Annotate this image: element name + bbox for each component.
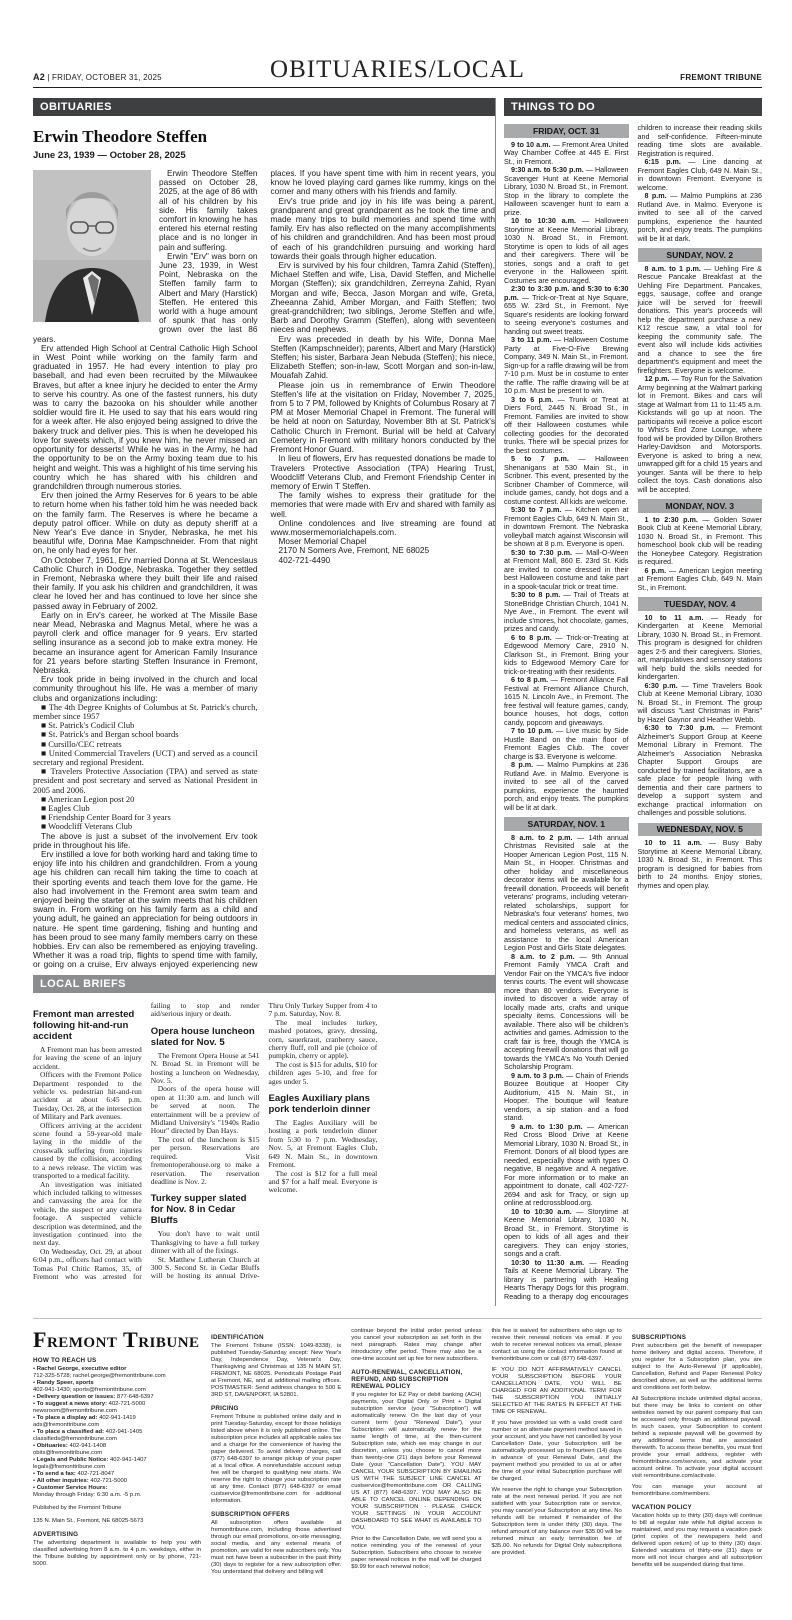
- things-to-do-day: WEDNESDAY, NOV. 5 10 to 11 a.m. — Busy B…: [638, 823, 763, 891]
- brief-title: Eagles Auxiliary plans pork tenderloin d…: [269, 1093, 378, 1115]
- masthead-section: IDENTIFICATION The Fremont Tribune (ISSN…: [211, 1334, 341, 1399]
- masthead-section: SUBSCRIPTIONS Print subscribers get the …: [632, 1334, 762, 1498]
- brief-paragraph: Officers arriving at the accident scene …: [33, 1122, 142, 1181]
- event-text: Malmo Pumpkins at 236 Rutland Ave. in Ma…: [638, 191, 763, 243]
- masthead-paragraph: All subscription offers available at fre…: [211, 1520, 341, 1576]
- day-header: WEDNESDAY, NOV. 5: [638, 823, 763, 837]
- obituary-paragraph: Online condolences and live streaming ar…: [271, 519, 496, 537]
- contact-line: • Legals and Public Notice: 402-941-1407: [33, 1457, 201, 1464]
- obituary-photo: [33, 170, 151, 322]
- event-item: 6:30 p.m. — Time Travelers Book Club at …: [638, 682, 763, 725]
- published-line: 135 N. Main St., Fremont, NE 68025-5673: [33, 1518, 201, 1525]
- contact-entry: • To send a fax: 402-721-8047: [33, 1471, 201, 1478]
- obituary-paragraph: Erv took pride in being involved in the …: [33, 675, 258, 703]
- contact-entry: • To suggest a news story: 402-721-5000 …: [33, 1401, 201, 1415]
- masthead-paragraph: Fremont Tribune is published online dail…: [211, 1414, 341, 1505]
- event-item: 10 to 11 a.m. — Busy Baby Storytime at K…: [638, 839, 763, 890]
- contact-value: 402-721-5000: [89, 1478, 127, 1484]
- things-to-do-body: FRIDAY, OCT. 31 9 to 10 a.m. — Fremont A…: [504, 124, 762, 1306]
- contact-entry: • Legals and Public Notice: 402-941-1407…: [33, 1457, 201, 1471]
- masthead-section: continue beyond the initial order period…: [351, 1328, 481, 1363]
- contact-label: Randy Speer, sports: [37, 1380, 94, 1386]
- contact-line: • Randy Speer, sports: [33, 1380, 201, 1387]
- contact-detail: classifieds@fremonttribune.com: [33, 1436, 201, 1443]
- masthead-section: VACATION POLICY Vacation holds up to thi…: [632, 1504, 762, 1569]
- left-column: OBITUARIES Erwin Theodore Steffen June 2…: [33, 98, 495, 1306]
- event-item: 6 to 8 p.m. — Trick-or-Treating at Edgew…: [504, 634, 629, 677]
- masthead-paragraph: The advertising department is available …: [33, 1540, 201, 1568]
- newspaper-page: A2 | FRIDAY, OCTOBER 31, 2025 OBITUARIES…: [0, 0, 792, 1620]
- brief-paragraph: A Fremont man has been arrested for leav…: [33, 1046, 142, 1071]
- brief-paragraph: Doors of the opera house will open at 11…: [151, 1085, 260, 1135]
- event-item: 10 to 10:30 a.m. — Storytime at Keene Me…: [504, 1208, 629, 1259]
- obituary-headline: Erwin Theodore Steffen: [33, 127, 495, 147]
- masthead-paragraph: We reserve the right to change your Subs…: [492, 1487, 622, 1557]
- masthead-heading: SUBSCRIPTION OFFERS: [211, 1511, 341, 1518]
- event-text: Trunk or Treat at Diers Ford, 2445 N. Br…: [504, 395, 629, 455]
- brief-article: Eagles Auxiliary plans pork tenderloin d…: [269, 1093, 378, 1195]
- masthead-paragraph: IF YOU DO NOT AFFIRMATIVELY CANCEL YOUR …: [492, 1367, 622, 1416]
- event-text: Ready for Kindergarten at Keene Memorial…: [638, 613, 763, 682]
- obituary-bullet: ■ The 4th Degree Knights of Columbus at …: [33, 703, 258, 721]
- obituary-paragraph: Erv is survived by his four children, Ta…: [271, 261, 496, 335]
- funeral-home-contact-line: 402-721-4490: [271, 556, 496, 565]
- masthead-section: SUBSCRIPTION OFFERS All subscription off…: [211, 1511, 341, 1576]
- event-item: 9 a.m. to 1:30 p.m. — American Red Cross…: [504, 1123, 629, 1208]
- contact-detail: 402-941-1430; sports@fremonttribune.com: [33, 1387, 201, 1394]
- masthead-column-2: IDENTIFICATION The Fremont Tribune (ISSN…: [211, 1328, 341, 1580]
- event-text: Chain of Friends Bouzee Boutique at Hoop…: [504, 1071, 629, 1123]
- contact-value: 402-941-1419: [97, 1415, 135, 1421]
- contact-line: • Obituaries: 402-941-1408: [33, 1443, 201, 1450]
- event-text: Halloween Shenanigans at 530 Main St., i…: [504, 454, 629, 506]
- event-text: Busy Baby Storytime at Keene Memorial Li…: [638, 838, 763, 890]
- page-number: A2: [33, 72, 45, 82]
- event-text: 14th annual Christmas Revisited sale at …: [504, 833, 629, 953]
- obituary-bullet-text: Woodcliff Veterans Club: [48, 821, 132, 831]
- event-item: 3 to 11 p.m. — Halloween Costume Party a…: [504, 336, 629, 396]
- event-item: 6 p.m. — American Legion meeting at Frem…: [638, 567, 763, 593]
- contact-detail: newsroom@fremonttribune.com: [33, 1408, 201, 1415]
- contact-label: To send a fax:: [37, 1471, 76, 1477]
- obituary-bullet: ■ United Commercial Travelers (UCT) and …: [33, 749, 258, 767]
- event-text: Storytime at Keene Memorial Library, 103…: [504, 1207, 629, 1259]
- brief-paragraph: The cost is $15 for adults, $10 for chil…: [269, 1061, 378, 1086]
- brief-paragraph: Officers with the Fremont Police Departm…: [33, 1071, 142, 1121]
- event-text: Halloween Storytime at Keene Memorial Li…: [504, 216, 629, 285]
- day-header: SATURDAY, NOV. 1: [504, 817, 629, 831]
- event-item: 2:30 to 3:30 p.m. and 5:30 to 6:30 p.m. …: [504, 285, 629, 336]
- things-to-do-section-bar: THINGS TO DO: [504, 98, 762, 116]
- masthead-logo: Fremont Tribune: [33, 1328, 201, 1351]
- masthead-paragraph: If you register for EZ Pay or debit bank…: [351, 1392, 481, 1532]
- brief-title: Turkey supper slated for Nov. 8 in Cedar…: [151, 1193, 260, 1226]
- event-text: Fremont Alzheimer's Support Group at Kee…: [638, 723, 763, 817]
- event-text: Halloween Costume Party at Five-O-Five B…: [504, 335, 629, 395]
- event-item: 8 p.m. — Malmo Pumpkins at 236 Rutland A…: [504, 761, 629, 812]
- page-header: A2 | FRIDAY, OCTOBER 31, 2025 OBITUARIES…: [33, 58, 762, 84]
- day-header: TUESDAY, NOV. 4: [638, 597, 763, 611]
- obituary-paragraph: Early on in Erv's career, he worked at T…: [33, 611, 258, 675]
- things-to-do-rail: THINGS TO DO FRIDAY, OCT. 31 9 to 10 a.m…: [495, 98, 762, 1306]
- obituary-dates: June 23, 1939 — October 28, 2025: [33, 150, 495, 161]
- event-text: Uehling Fire & Rescue Pancake Breakfast …: [638, 264, 763, 375]
- obituary-paragraph: In lieu of flowers, Erv has requested do…: [271, 454, 496, 491]
- masthead-paragraph: Vacation holds up to thirty (30) days wi…: [632, 1513, 762, 1569]
- masthead-paragraph: If you have provided us with a valid cre…: [492, 1420, 622, 1483]
- masthead-column-5: SUBSCRIPTIONS Print subscribers get the …: [632, 1328, 762, 1580]
- masthead-section: AUTO-RENEWAL, CANCELLATION, REFUND, AND …: [351, 1369, 481, 1571]
- event-item: 9 to 10 a.m. — Fremont Area United Way C…: [504, 141, 629, 167]
- masthead-section: PRICING Fremont Tribune is published onl…: [211, 1405, 341, 1505]
- event-text: Golden Sower Book Club at Keene Memorial…: [638, 515, 763, 567]
- contact-detail: obits@fremonttribune.com: [33, 1450, 201, 1457]
- event-item: 12 p.m. — Toy Run for the Salvation Army…: [638, 375, 763, 494]
- contact-value: 877-648-6397: [115, 1394, 153, 1400]
- event-item: 10 to 11 a.m. — Ready for Kindergarten a…: [638, 614, 763, 682]
- contact-entry: • To place a classified ad: 402-941-1405…: [33, 1429, 201, 1443]
- event-item: 8 p.m. — Malmo Pumpkins at 236 Rutland A…: [638, 192, 763, 243]
- obituary-body: Erwin Theodore Steffen passed on October…: [33, 169, 495, 975]
- brief-paragraph: The cost of the luncheon is $15 per pers…: [151, 1136, 260, 1186]
- obituary-paragraph: Erv was preceded in death by his Wife, D…: [271, 335, 496, 381]
- contact-detail: Monday through Friday: 6:30 a.m. -5 p.m.: [33, 1492, 201, 1499]
- event-item: 10 to 10:30 a.m. — Halloween Storytime a…: [504, 217, 629, 285]
- obituary-paragraph: Erv's true pride and joy in his life was…: [271, 197, 496, 261]
- brief-title: Opera house luncheon slated for Nov. 5: [151, 1026, 260, 1048]
- header-rule: [33, 87, 762, 88]
- masthead: Fremont Tribune HOW TO REACH US • Rachel…: [33, 1318, 762, 1580]
- event-text: Halloween Scavenger Hunt at Keene Memori…: [504, 165, 629, 217]
- event-item: 9 a.m. to 3 p.m. — Chain of Friends Bouz…: [504, 1072, 629, 1123]
- masthead-column-contact: Fremont Tribune HOW TO REACH US • Rachel…: [33, 1328, 201, 1580]
- contact-line: • All other inquiries: 402-721-5000: [33, 1478, 201, 1485]
- contact-label: Legals and Public Notice:: [37, 1457, 109, 1463]
- masthead-column-4: this fee is waived for subscribers who s…: [492, 1328, 622, 1580]
- publication-name: FREMONT TRIBUNE: [680, 73, 762, 82]
- masthead-paragraph: You can manage your account at fremonttr…: [632, 1484, 762, 1498]
- event-item: 5:30 to 7 p.m. — Kitchen open at Fremont…: [504, 506, 629, 549]
- day-header: FRIDAY, OCT. 31: [504, 124, 629, 138]
- contact-line: • Rachel George, executive editor: [33, 1366, 201, 1373]
- event-text: Toy Run for the Salvation Army beginning…: [638, 374, 763, 494]
- things-to-do-day: FRIDAY, OCT. 31 9 to 10 a.m. — Fremont A…: [504, 124, 629, 812]
- event-item: 6:30 to 7:30 p.m. — Fremont Alzheimer's …: [638, 724, 763, 818]
- masthead-paragraph: All Subscriptions include unlimited digi…: [632, 1396, 762, 1480]
- things-to-do-day: TUESDAY, NOV. 4 10 to 11 a.m. — Ready fo…: [638, 597, 763, 818]
- things-to-do-day: SUNDAY, NOV. 2 8 a.m. to 1 p.m. — Uehlin…: [638, 248, 763, 494]
- event-item: 5:30 to 7:30 p.m. — Mall-O-Ween at Fremo…: [504, 549, 629, 592]
- contact-line: • To place a display ad: 402-941-1419: [33, 1415, 201, 1422]
- contact-label: Delivery question or issues:: [37, 1394, 116, 1400]
- contact-line: • To send a fax: 402-721-8047: [33, 1471, 201, 1478]
- brief-title: Fremont man arrested following hit-and-r…: [33, 1009, 142, 1042]
- contact-value: 402-721-8047: [76, 1471, 114, 1477]
- contact-label: To suggest a news story:: [37, 1401, 107, 1407]
- page-title: OBITUARIES/LOCAL: [270, 56, 525, 84]
- folio-left: A2 | FRIDAY, OCTOBER 31, 2025: [33, 72, 162, 82]
- folio-separator: |: [45, 73, 52, 82]
- event-item: 5:30 to 8 p.m. — Trail of Treats at Ston…: [504, 591, 629, 634]
- brief-paragraph: The meal includes turkey, mashed potatoe…: [269, 1019, 378, 1061]
- masthead-heading: SUBSCRIPTIONS: [632, 1334, 762, 1341]
- event-item: 8 a.m. to 2 p.m. — 14th annual Christmas…: [504, 834, 629, 953]
- contact-label: To place a display ad:: [37, 1415, 98, 1421]
- contact-entry: • Delivery question or issues: 877-648-6…: [33, 1394, 201, 1401]
- masthead-heading: IDENTIFICATION: [211, 1334, 341, 1341]
- brief-paragraph: The cost is $12 for a full meal and $7 f…: [269, 1170, 378, 1195]
- masthead-paragraph: continue beyond the initial order period…: [351, 1328, 481, 1363]
- contact-line: • Delivery question or issues: 877-648-6…: [33, 1394, 201, 1401]
- contact-label: To place a classified ad:: [37, 1429, 104, 1435]
- masthead-heading: VACATION POLICY: [632, 1504, 762, 1511]
- event-item: 6 to 8 p.m. — Fremont Alliance Fall Fest…: [504, 676, 629, 727]
- masthead-paragraph: Prior to the Cancellation Date, we will …: [351, 1536, 481, 1571]
- obituary-paragraph: The above is just a subset of the involv…: [33, 832, 258, 850]
- brief-paragraph: An investigation was initiated which inc…: [33, 1181, 142, 1248]
- contact-value: 402-941-1405: [104, 1429, 142, 1435]
- event-item: 3 to 6 p.m. — Trunk or Treat at Diers Fo…: [504, 396, 629, 456]
- day-header: SUNDAY, NOV. 2: [638, 248, 763, 262]
- brief-paragraph: The Fremont Opera House at 541 N. Broad …: [151, 1052, 260, 1086]
- obituary-paragraph: On October 7, 1961, Erv married Donna at…: [33, 556, 258, 611]
- obituary-paragraph: Erv attended High School at Central Cath…: [33, 344, 258, 491]
- contact-entry: • All other inquiries: 402-721-5000: [33, 1478, 201, 1485]
- masthead-paragraph: The Fremont Tribune (ISSN: 1049-8338), i…: [211, 1343, 341, 1399]
- contact-value: 402-941-1407: [108, 1457, 146, 1463]
- obituary-paragraph: Please join us in remembrance of Erwin T…: [271, 381, 496, 455]
- event-text: Malmo Pumpkins at 236 Rutland Ave. in Ma…: [504, 760, 629, 812]
- brief-article: Opera house luncheon slated for Nov. 5 T…: [151, 1026, 260, 1187]
- local-briefs-body: Fremont man arrested following hit-and-r…: [33, 1002, 495, 1296]
- event-item: 8 a.m. to 2 p.m. — 9th Annual Fremont Fa…: [504, 953, 629, 1072]
- day-header: MONDAY, NOV. 3: [638, 499, 763, 513]
- event-item: 1 to 2:30 p.m. — Golden Sower Book Club …: [638, 516, 763, 567]
- obituary-bullet-text: United Commercial Travelers (UCT) and se…: [33, 748, 258, 767]
- brief-paragraph: You don't have to wait until Thanksgivin…: [151, 1230, 260, 1255]
- obituary-bullet-text: The 4th Degree Knights of Columbus at St…: [33, 702, 258, 721]
- contact-line: • To suggest a news story: 402-721-5000: [33, 1401, 201, 1408]
- obituary-paragraph: The family wishes to express their grati…: [271, 491, 496, 519]
- obituaries-section-bar: OBITUARIES: [33, 98, 495, 116]
- event-text: 9th Annual Fremont Family YMCA Craft and…: [504, 952, 629, 1072]
- obituary-paragraph: Erv then joined the Army Reserves for 6 …: [33, 491, 258, 555]
- masthead-heading: ADVERTISING: [33, 1531, 201, 1538]
- contact-entry: • To place a display ad: 402-941-1419 ad…: [33, 1415, 201, 1429]
- masthead-paragraph: this fee is waived for subscribers who s…: [492, 1328, 622, 1363]
- event-item: 7 to 10 p.m. — Live music by Side Hustle…: [504, 727, 629, 761]
- contact-line: • Customer Service Hours:: [33, 1485, 201, 1492]
- contact-label: Rachel George, executive editor: [37, 1366, 127, 1372]
- contact-label: All other inquiries:: [37, 1478, 89, 1484]
- obituary-bullet: ■ Travelers Protective Association (TPA)…: [33, 767, 258, 795]
- event-text: Fremont Alliance Fall Festival at Fremon…: [504, 675, 629, 727]
- issue-date: FRIDAY, OCTOBER 31, 2025: [52, 73, 162, 82]
- how-to-reach-us-heading: HOW TO REACH US: [33, 1357, 201, 1364]
- event-item: 5 to 7 p.m. — Halloween Shenanigans at 5…: [504, 455, 629, 506]
- contact-label: Obituaries:: [37, 1443, 68, 1449]
- masthead-heading: PRICING: [211, 1405, 341, 1412]
- masthead-heading: AUTO-RENEWAL, CANCELLATION, REFUND, AND …: [351, 1369, 481, 1390]
- published-line: Published by the Fremont Tribune: [33, 1505, 201, 1512]
- masthead-column-3: continue beyond the initial order period…: [351, 1328, 481, 1580]
- contact-entry: • Randy Speer, sports 402-941-1430; spor…: [33, 1380, 201, 1394]
- masthead-section: ADVERTISING The advertising department i…: [33, 1531, 201, 1568]
- contact-entry: • Rachel George, executive editor 712-32…: [33, 1366, 201, 1380]
- contact-entry: • Obituaries: 402-941-1408 obits@fremont…: [33, 1443, 201, 1457]
- contact-line: • To place a classified ad: 402-941-1405: [33, 1429, 201, 1436]
- event-item: 6:15 p.m. — Line dancing at Fremont Eagl…: [638, 158, 763, 192]
- brief-paragraph: The Eagles Auxiliary will be hosting a p…: [269, 1119, 378, 1169]
- contact-detail: ads@fremonttribune.com: [33, 1422, 201, 1429]
- contact-detail: 712-325-5728; rachel.george@fremonttribu…: [33, 1373, 201, 1380]
- main-content: OBITUARIES Erwin Theodore Steffen June 2…: [33, 98, 762, 1306]
- obituary-bullet-text: Travelers Protective Association (TPA) a…: [33, 766, 258, 794]
- contact-label: Customer Service Hours:: [37, 1485, 108, 1491]
- contact-value: 402-941-1408: [68, 1443, 106, 1449]
- things-to-do-day: MONDAY, NOV. 3 1 to 2:30 p.m. — Golden S…: [638, 499, 763, 592]
- contact-value: 402-721-5000: [107, 1401, 145, 1407]
- contact-detail: legals@fremonttribune.com: [33, 1464, 201, 1471]
- local-briefs-section-bar: LOCAL BRIEFS: [33, 975, 495, 993]
- event-item: 9:30 a.m. to 5:30 p.m. — Halloween Scave…: [504, 166, 629, 217]
- event-item: 8 a.m. to 1 p.m. — Uehling Fire & Rescue…: [638, 265, 763, 376]
- masthead-section: this fee is waived for subscribers who s…: [492, 1328, 622, 1557]
- event-text: American Red Cross Blood Drive at Keene …: [504, 1122, 629, 1208]
- masthead-paragraph: Print subscribers get the benefit of new…: [632, 1343, 762, 1392]
- contact-entry: • Customer Service Hours: Monday through…: [33, 1485, 201, 1499]
